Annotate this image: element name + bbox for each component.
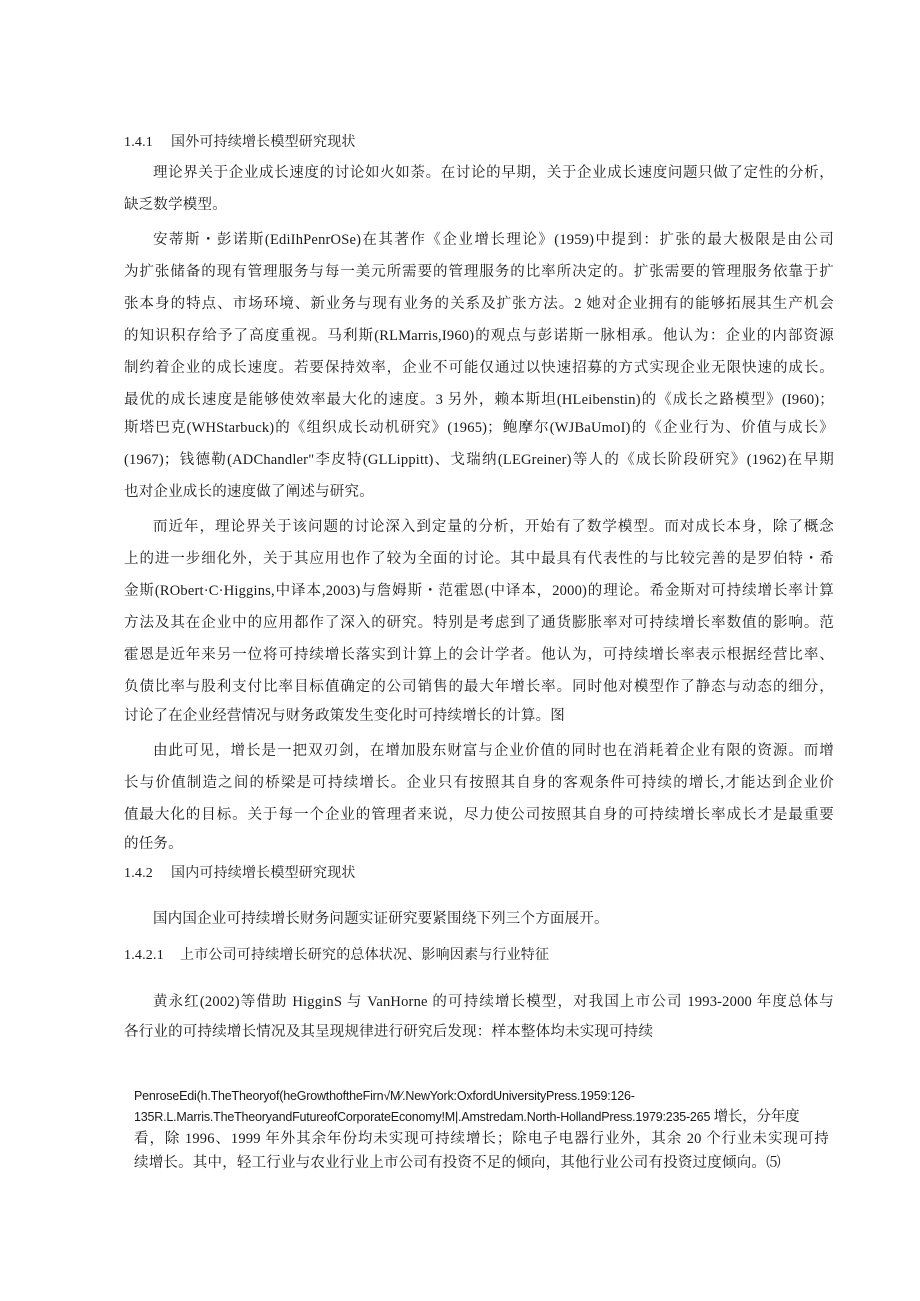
paragraph-line: 张本身的特点、市场环境、新业务与现有业务的关系及扩张方法。2 她对企业拥有的能够…	[124, 294, 834, 314]
paragraph-line: (1967)；钱德勒(ADChandler"李皮特(GLLippitt)、戈瑞纳…	[124, 450, 834, 470]
heading-number: 1.4.1	[124, 133, 171, 153]
document-page: 1.4.1国外可持续增长模型研究现状 理论界关于企业成长速度的讨论如火如荼。在讨…	[0, 0, 920, 1301]
paragraph-line: 长与价值制造之间的桥梁是可持续增长。企业只有按照其自身的客观条件可持续的增长,才…	[124, 773, 834, 793]
paragraph-line: 看，除 1996、1999 年外其余年份均未实现可持续增长；除电子电器行业外，其…	[134, 1129, 829, 1149]
paragraph-line: 斯塔巴克(WHStarbuck)的《组织成长动机研究》(1965)；鲍摩尔(WJ…	[124, 418, 834, 438]
heading-title: 国外可持续增长模型研究现状	[171, 135, 356, 150]
paragraph-line: 方法及其在企业中的应用都作了深入的研究。特别是考虑到了通货膨胀率对可持续增长率数…	[124, 613, 834, 633]
paragraph-line: 各行业的可持续增长情况及其呈现规律进行研究后发现：样本整体均未实现可持续	[124, 1022, 653, 1042]
heading-1-4-2: 1.4.2国内可持续增长模型研究现状	[124, 864, 356, 884]
footnote-line: 135R.L.Marris.TheTheoryandFutureofCorpor…	[134, 1107, 799, 1127]
paragraph-line: 而近年，理论界关于该问题的讨论深入到定量的分析，开始有了数学模型。而对成长本身，…	[153, 517, 834, 537]
heading-1-4-1: 1.4.1国外可持续增长模型研究现状	[124, 133, 356, 153]
paragraph-line: 负债比率与股利支付比率目标值确定的公司销售的最大年增长率。同时他对模型作了静态与…	[124, 677, 834, 697]
footnote-continuation: 增长，分年度	[710, 1109, 799, 1125]
paragraph-line: 制约着企业的成长速度。若要保持效率，企业不可能仅通过以快速招募的方式实现企业无限…	[124, 358, 834, 378]
paragraph-line: 上的进一步细化外，关于其应用也作了较为全面的讨论。其中最具有代表性的与比较完善的…	[124, 549, 834, 569]
heading-number: 1.4.2	[124, 864, 171, 884]
paragraph-line: 讨论了在企业经营情况与财务政策发生变化时可持续增长的计算。图	[124, 706, 565, 726]
paragraph-line: 也对企业成长的速度做了阐述与研究。	[124, 482, 374, 502]
paragraph-line: 安蒂斯・彭诺斯(EdiIhPenrOSe)在其著作《企业增长理论》(1959)中…	[153, 230, 834, 250]
paragraph-line: 理论界关于企业成长速度的讨论如火如荼。在讨论的早期，关于企业成长速度问题只做了定…	[153, 163, 834, 183]
footnote-line: PenroseEdi(h.TheTheoryof(heGrowthoftheFi…	[134, 1086, 635, 1106]
heading-number: 1.4.2.1	[124, 946, 180, 966]
heading-1-4-2-1: 1.4.2.1上市公司可持续增长研究的总体状况、影响因素与行业特征	[124, 946, 549, 966]
paragraph-line: 金斯(RObert·C·Higgins,中译本,2003)与詹姆斯・范霍恩(中译…	[124, 581, 834, 601]
heading-title: 国内可持续增长模型研究现状	[171, 866, 356, 881]
footnote-reference: 135R.L.Marris.TheTheoryandFutureofCorpor…	[134, 1110, 710, 1124]
paragraph-line: 国内国企业可持续增长财务问题实证研究要紧围绕下列三个方面展开。	[153, 909, 609, 929]
heading-title: 上市公司可持续增长研究的总体状况、影响因素与行业特征	[180, 948, 549, 963]
paragraph-line: 最优的成长速度是能够使效率最大化的速度。3 另外，赖本斯坦(HLeibensti…	[124, 390, 834, 410]
paragraph-line: 值最大化的目标。关于每一个企业的管理者来说，尽力使公司按照其自身的可持续增长率成…	[124, 805, 834, 825]
paragraph-line: 为扩张储备的现有管理服务与每一美元所需要的管理服务的比率所决定的。扩张需要的管理…	[124, 262, 834, 282]
paragraph-line: 续增长。其中，轻工行业与农业行业上市公司有投资不足的倾向，其他行业公司有投资过度…	[134, 1153, 781, 1173]
paragraph-line: 缺乏数学模型。	[124, 195, 227, 215]
paragraph-line: 由此可见，增长是一把双刃剑，在增加股东财富与企业价值的同时也在消耗着企业有限的资…	[153, 741, 834, 761]
paragraph-line: 霍恩是近年来另一位将可持续增长落实到计算上的会计学者。他认为，可持续增长率表示根…	[124, 645, 834, 665]
paragraph-line: 的任务。	[124, 834, 183, 854]
paragraph-line: 黄永红(2002)等借助 HigginS 与 VanHorne 的可持续增长模型…	[153, 992, 834, 1012]
paragraph-line: 的知识积存给予了高度重视。马利斯(RLMarris,I960)的观点与彭诺斯一脉…	[124, 326, 834, 346]
